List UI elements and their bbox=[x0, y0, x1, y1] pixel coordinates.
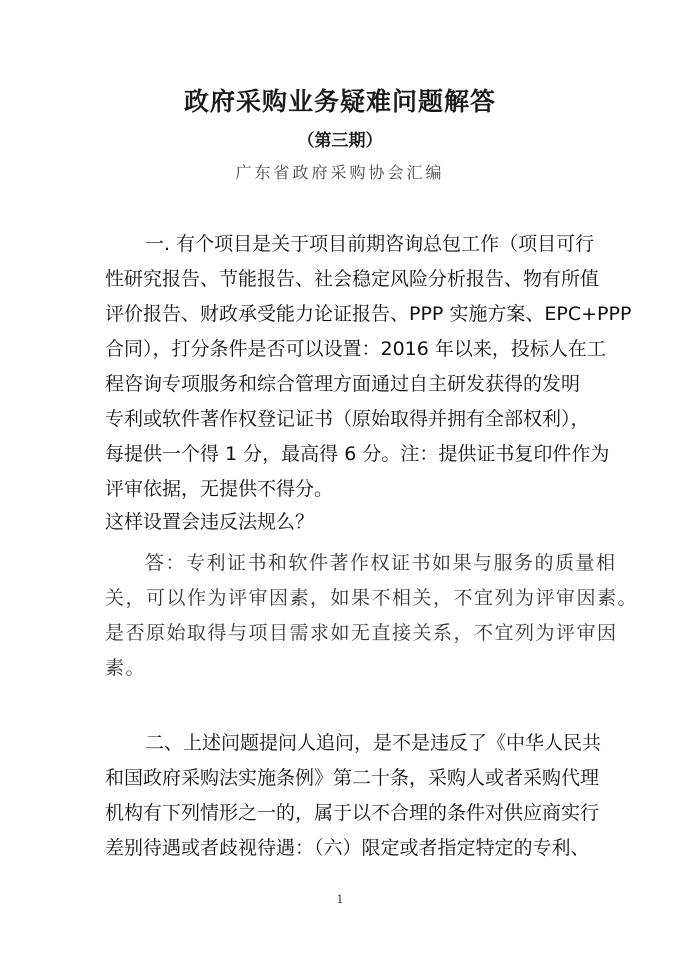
paragraph-line: 一. 有个项目是关于项目前期咨询总包工作（项目可行 bbox=[145, 232, 580, 256]
page-number: 1 bbox=[0, 893, 680, 906]
answer-line: 答：专利证书和软件著作权证书如果与服务的质量相 bbox=[145, 551, 580, 575]
paragraph-line: 评审依据，无提供不得分。 bbox=[105, 477, 580, 501]
answer-line: 关，可以作为评审因素，如果不相关，不宜列为评审因素。 bbox=[105, 586, 580, 610]
question-line: 这样设置会违反法规么？ bbox=[105, 510, 580, 534]
issue-label: （第三期） bbox=[0, 126, 680, 151]
paragraph-line: 二、上述问题提问人追问，是不是违反了《中华人民共 bbox=[145, 731, 580, 755]
answer-line: 是否原始取得与项目需求如无直接关系，不宜列为评审因 bbox=[105, 621, 580, 645]
document-page: 政府采购业务疑难问题解答 （第三期） 广东省政府采购协会汇编 一. 有个项目是关… bbox=[0, 0, 680, 962]
paragraph-line: 专利或软件著作权登记证书（原始取得并拥有全部权利）， bbox=[105, 407, 580, 431]
paragraph-line: 差别待遇或者歧视待遇：（六）限定或者指定特定的专利、 bbox=[105, 836, 580, 860]
paragraph-line: 合同），打分条件是否可以设置：2016 年以来，投标人在工 bbox=[105, 337, 580, 361]
paragraph-line: 和国政府采购法实施条例》第二十条，采购人或者采购代理 bbox=[105, 766, 580, 790]
paragraph-line: 评价报告、财政承受能力论证报告、PPP 实施方案、EPC+PPP bbox=[105, 302, 580, 326]
paragraph-line: 性研究报告、节能报告、社会稳定风险分析报告、物有所值 bbox=[105, 267, 580, 291]
author-line: 广东省政府采购协会汇编 bbox=[0, 160, 680, 183]
paragraph-line: 每提供一个得 1 分，最高得 6 分。注：提供证书复印件作为 bbox=[105, 442, 580, 466]
paragraph-line: 程咨询专项服务和综合管理方面通过自主研发获得的发明 bbox=[105, 372, 580, 396]
document-title: 政府采购业务疑难问题解答 bbox=[0, 82, 680, 118]
paragraph-line: 机构有下列情形之一的，属于以不合理的条件对供应商实行 bbox=[105, 801, 580, 825]
answer-line: 素。 bbox=[105, 656, 580, 680]
